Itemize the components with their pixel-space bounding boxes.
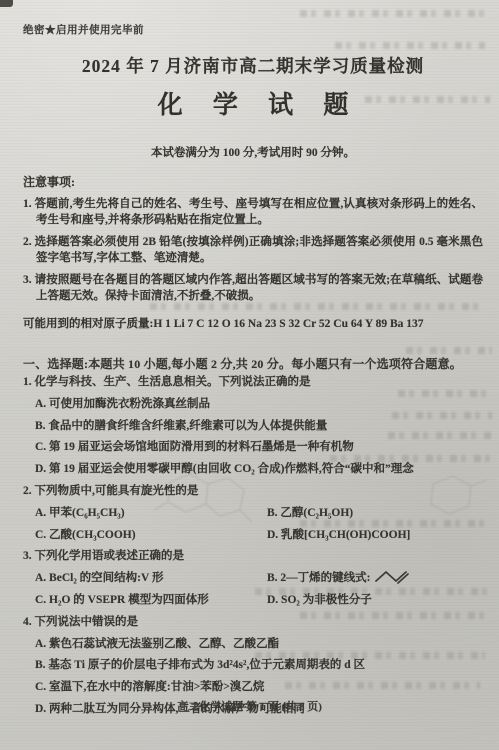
bond-line-zigzag-icon	[374, 568, 412, 584]
exam-subtitle: 本试卷满分为 100 分,考试用时 90 分钟。	[23, 144, 483, 160]
option-item: A. 可使用加酶洗衣粉洗涤真丝制品	[23, 394, 483, 416]
option-item: A. 甲苯(C₆H₅CH₃)	[23, 503, 255, 525]
scanned-exam-page: 绝密★启用并使用完毕前 2024 年 7 月济南市高二期末学习质量检测 化 学 …	[0, 0, 499, 750]
exam-title: 2024 年 7 月济南市高二期末学习质量检测	[23, 53, 483, 78]
option-item: A. BeCl₂ 的空间结构:V 形	[23, 568, 255, 590]
notice-item-3: 3. 请按照题号在各题目的答题区域内作答,超出答题区域书写的答案无效;在草稿纸、…	[23, 273, 483, 304]
notice-item-2: 2. 选择题答案必须使用 2B 铅笔(按填涂样例)正确填涂;非选择题答案必须使用…	[23, 235, 483, 266]
question-stem: 3. 下列化学用语或表述正确的是	[23, 546, 483, 568]
notes-heading: 注意事项:	[23, 173, 483, 190]
option-item: C. 室温下,在水中的溶解度:甘油>苯酚>溴乙烷	[23, 677, 483, 699]
option-item: B. 基态 Ti 原子的价层电子排布式为 3d²4s²,位于元素周期表的 d 区	[23, 655, 483, 677]
option-item: C. 乙酸(CH₃COOH)	[23, 525, 255, 547]
option-item: D. 第 19 届亚运会使用零碳甲醇(由回收 CO₂ 合成)作燃料,符合“碳中和…	[23, 459, 483, 481]
section-one-heading: 一、选择题:本题共 10 小题,每小题 2 分,共 20 分。每小题只有一个选项…	[23, 355, 483, 372]
exam-subject-title: 化 学 试 题	[23, 85, 483, 121]
option-item: B. 食品中的膳食纤维含纤维素,纤维素可以为人体提供能量	[23, 416, 483, 438]
question-2: 2. 下列物质中,可能具有旋光性的是 A. 甲苯(C₆H₅CH₃) B. 乙醇(…	[23, 481, 483, 546]
option-item: C. H₂O 的 VSEPR 模型为四面体形	[23, 590, 255, 612]
option-text: B. 2—丁烯的键线式:	[267, 572, 371, 584]
option-item: B. 乙醇(C₂H₅OH)	[255, 503, 483, 525]
option-item: D. 乳酸[CH₃CH(OH)COOH]	[255, 525, 483, 547]
option-item: B. 2—丁烯的键线式:	[255, 568, 483, 590]
page-footer: 高二化学试题 第 1 页 (共 8 页)	[0, 698, 499, 714]
question-1: 1. 化学与科技、生产、生活息息相关。下列说法正确的是 A. 可使用加酶洗衣粉洗…	[23, 372, 483, 481]
option-item: A. 紫色石蕊试液无法鉴别乙酸、乙醇、乙酸乙酯	[23, 634, 483, 656]
question-stem: 1. 化学与科技、生产、生活息息相关。下列说法正确的是	[23, 372, 483, 394]
question-3: 3. 下列化学用语或表述正确的是 A. BeCl₂ 的空间结构:V 形 B. 2…	[23, 546, 483, 611]
question-stem: 4. 下列说法中错误的是	[23, 612, 483, 634]
notice-item-1: 1. 答题前,考生先将自己的姓名、考生号、座号填写在相应位置,认真核对条形码上的…	[23, 197, 483, 228]
secrecy-label: 绝密★启用并使用完毕前	[23, 22, 483, 37]
scan-corner-artifact	[0, 0, 13, 7]
option-item: C. 第 19 届亚运会场馆地面防滑用到的材料石墨烯是一种有机物	[23, 437, 483, 459]
option-item: D. SO₂ 为非极性分子	[255, 590, 483, 612]
atomic-mass-line: 可能用到的相对原子质量:H 1 Li 7 C 12 O 16 Na 23 S 3…	[23, 315, 483, 331]
question-stem: 2. 下列物质中,可能具有旋光性的是	[23, 481, 483, 503]
